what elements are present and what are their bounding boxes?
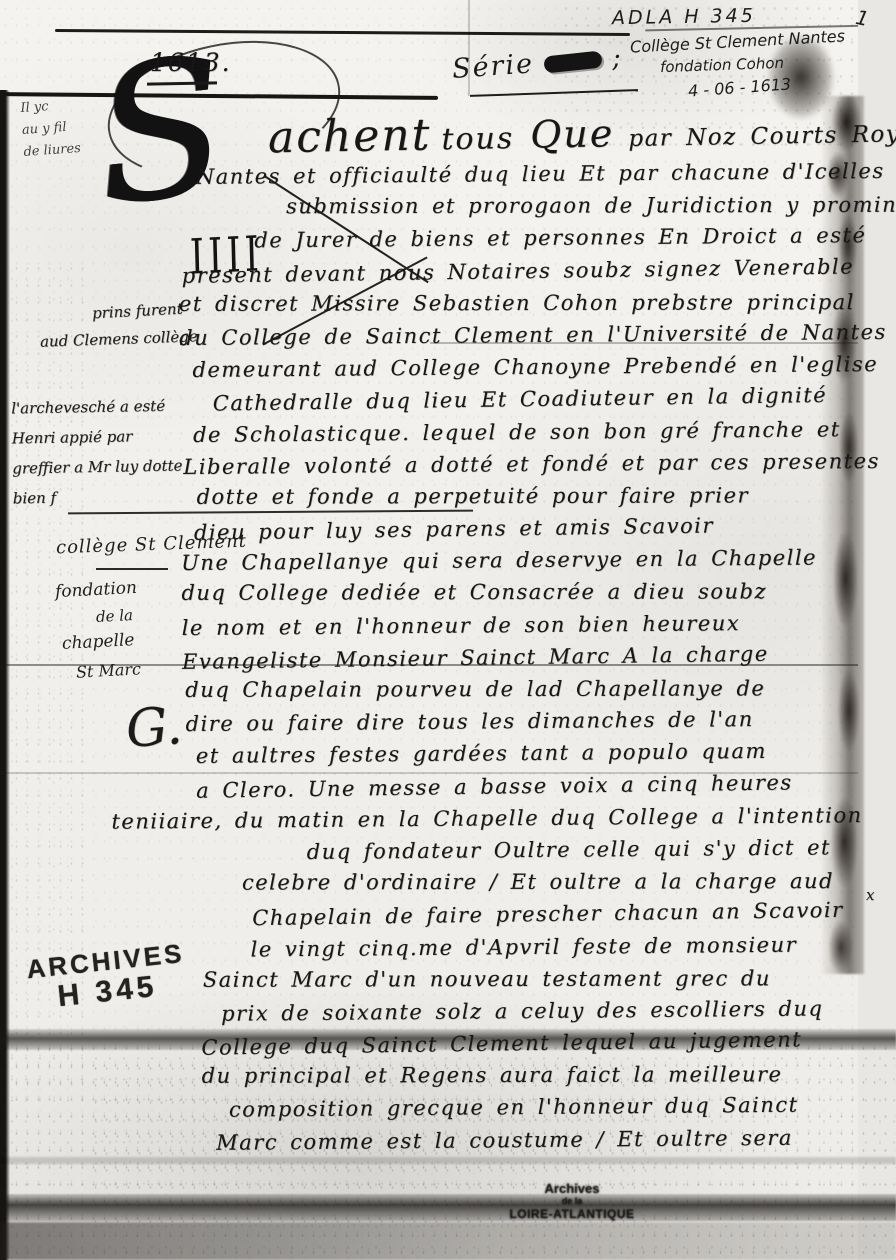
loire-atlantique-stamp: Archives de la LOIRE-ATLANTIQUE (492, 1182, 652, 1221)
marginalia-top: Il yc au y fil de liures (20, 94, 82, 164)
manuscript-body: Nantes et officiaulté duq lieu Et par ch… (178, 155, 887, 1159)
margin-g-mark: G. (124, 696, 184, 760)
margin-note-line: Henri appié par (11, 421, 182, 454)
margin-note-line: l'archevesché a esté (11, 391, 182, 424)
manuscript-line-text: duq fondateur Oultre celle qui s'y dict … (307, 835, 831, 864)
manuscript-line: duq College dediée et Consacrée a dieu s… (181, 576, 881, 610)
marginalia-line: de liures (23, 138, 82, 164)
manuscript-line: et discret Missire Sebastien Cohon prebs… (179, 286, 879, 320)
opening-word: achent (268, 109, 432, 163)
margin-note-chapelle: chapelle (62, 630, 135, 654)
manuscript-line-text: submission et prorogaon de Juridiction y… (286, 193, 896, 219)
bottom-edge-shadow (0, 1222, 896, 1260)
tally-marks: IIII (189, 227, 263, 286)
manuscript-line-text: Cathedralle duq lieu Et Coadiuteur en la… (213, 383, 828, 416)
manuscript-line-text: Chapelain de faire prescher chacun an Sc… (252, 898, 844, 930)
opening-word-2: tous (441, 121, 514, 157)
manuscript-line-text: Une Chapellanye qui sera deservye en la … (181, 546, 817, 576)
manuscript-line-text: le vingt cinq.me d'Apvril feste de monsi… (250, 932, 797, 961)
manuscript-line-text: Sainct Marc d'un nouveau testament grec … (203, 966, 771, 991)
manuscript-line-text: duq College dediée et Consacrée a dieu s… (181, 580, 767, 606)
manuscript-line-text: du principal et Regens aura faict la mei… (202, 1063, 783, 1089)
manuscript-line-text: composition grecque en l'honneur duq Sai… (229, 1093, 799, 1122)
manuscript-line: du principal et Regens aura faict la mei… (202, 1058, 886, 1092)
manuscript-line-text: celebre d'ordinaire / Et oultre a la cha… (242, 869, 834, 895)
manuscript-line-text: le nom et en l'honneur de son bien heure… (182, 611, 741, 640)
manuscript-line-text: dire ou faire dire tous les dimanches de… (185, 707, 753, 736)
manuscript-line: Nantes et officiaulté duq lieu Et par ch… (196, 155, 878, 193)
margin-note-line: bien f (13, 481, 184, 514)
manuscript-line: duq Chapelain pourveu de lad Chapellanye… (185, 672, 882, 706)
margin-note-underline (96, 568, 168, 570)
manuscript-line: le vingt cinq.me d'Apvril feste de monsi… (250, 927, 884, 965)
manuscript-line: Marc comme est la coustume / Et oultre s… (216, 1121, 886, 1159)
manuscript-line-text: Evangeliste Monsieur Sainct Marc A la ch… (182, 642, 769, 674)
manuscript-line: composition grecque en l'honneur duq Sai… (229, 1088, 886, 1126)
margin-x-mark: x (866, 886, 874, 904)
margin-note-fondation: fondation (55, 578, 138, 602)
stamp-line3: LOIRE-ATLANTIQUE (492, 1208, 652, 1221)
margin-note-dela: de la (96, 606, 134, 626)
margin-note-stmarc: St Marc (76, 659, 142, 681)
opening-word-3: Que (530, 111, 615, 156)
manuscript-line-text: Marc comme est la coustume / Et oultre s… (216, 1125, 793, 1154)
manuscript-line-text: demeurant aud College Chanoyne Prebendé … (192, 352, 878, 382)
year-annotation: 1613. (150, 48, 232, 77)
series-redaction-scribble (543, 51, 602, 74)
opening-line-rest: par Noz Courts Royalle de (628, 120, 896, 152)
series-label: Série (451, 48, 535, 85)
manuscript-line: Sainct Marc d'un nouveau testament grec … (203, 962, 885, 996)
scanned-document: ADLA H 345 Collège St Clement Nantes fon… (0, 0, 896, 1260)
margin-note-archeveche: l'archevesché a esté Henri appié par gre… (11, 391, 183, 514)
manuscript-line: submission et prorogaon de Juridiction y… (286, 189, 878, 223)
manuscript-line-text: duq Chapelain pourveu de lad Chapellanye… (185, 676, 765, 702)
manuscript-line-text: dotte et fonde a perpetuité pour faire p… (197, 483, 749, 508)
margin-note-line: greffier a Mr luy dotte (12, 451, 183, 484)
manuscript-line-text: de Scholasticque. lequel de son bon gré … (193, 417, 841, 447)
fold-line-4 (0, 1157, 896, 1164)
manuscript-line-text: prix de soixante solz a celuy des escoll… (221, 996, 823, 1025)
dark-fold-band-2 (0, 1194, 896, 1221)
manuscript-line-text: de Jurer de biens et personnes En Droict… (254, 223, 866, 252)
manuscript-line-text: et aultres festes gardées tant a populo … (196, 739, 767, 768)
manuscript-line-text: a Clero. Une messe a basse voix a cinq h… (196, 770, 793, 802)
manuscript-line-text: et discret Missire Sebastien Cohon prebs… (179, 290, 855, 316)
dark-fold-band-1 (0, 1029, 896, 1050)
manuscript-line: Liberalle volonté a dotté et fondé et pa… (183, 445, 880, 483)
manuscript-line-text: teniiaire, du matin en la Chapelle duq C… (111, 803, 862, 834)
series-punctuation: ; (611, 42, 624, 74)
manuscript-line-text: du College de Sainct Clement en l'Univer… (179, 320, 887, 350)
stamp-line1: Archives (492, 1182, 652, 1195)
manuscript-line: duq fondateur Oultre celle qui s'y dict … (307, 831, 884, 868)
archive-reference-note: ADLA H 345 (612, 5, 756, 30)
manuscript-line-text: Liberalle volonté a dotté et fondé et pa… (183, 449, 880, 479)
scan-left-edge (0, 90, 10, 1260)
manuscript-line-text: dieu pour luy ses parens et amis Scavoir (194, 514, 714, 545)
manuscript-line-text: Nantes et officiaulté duq lieu Et par ch… (196, 159, 885, 189)
manuscript-line-text: present devant nous Notaires soubz signe… (181, 254, 854, 287)
